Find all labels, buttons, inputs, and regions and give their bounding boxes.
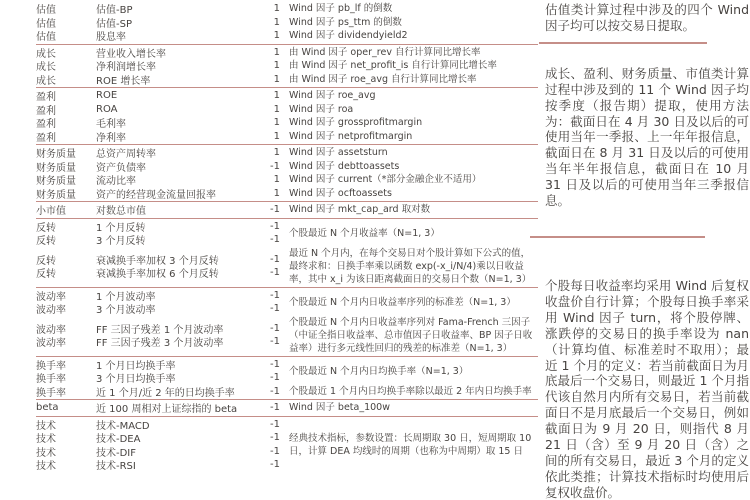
table-block: 财务质量流动比率1Wind 因子 current（*部分金融企业不适用） [36, 173, 538, 187]
table-block: 换手率近 1 个月/近 2 年的日均换手率-1个股最近 1 个月内日均换手率除以… [36, 385, 538, 399]
factor-name-cell: 技术-RSI [96, 457, 258, 472]
description-cell: Wind 因子 grossprofitmargin [280, 116, 538, 129]
table-block: 财务质量资产的经营现金流量回报率1Wind 因子 ocftoassets [36, 187, 538, 201]
description-cell: 个股最近 N 个月收益率（N=1, 3） [280, 227, 538, 240]
table-block-rows: beta近 100 周相对上证综指的 beta-1 [36, 401, 280, 415]
table-row: 波动率FF 三因子残差 3 个月波动率-1 [36, 335, 280, 349]
table-group: 估值估值-BP1Wind 因子 pb_lf 的倒数估值估值-SP1Wind 因子… [36, 1, 538, 45]
table-block-rows: 财务质量总资产周转率1 [36, 146, 280, 160]
description-cell: Wind 因子 netprofitmargin [280, 130, 538, 143]
table-row: 财务质量资产的经营现金流量回报率1 [36, 187, 280, 201]
table-block: 盈利净利率1Wind 因子 netprofitmargin [36, 130, 538, 144]
description-cell: Wind 因子 beta_100w [280, 401, 538, 414]
table-row: 反转衰减换手率加权 3 个月反转-1 [36, 253, 280, 267]
factor-name-cell: 3 个月反转 [96, 232, 258, 247]
factor-name-cell: 近 1 个月/近 2 年的日均换手率 [96, 384, 258, 399]
table-group: 反转1 个月反转-1反转3 个月反转-1个股最近 N 个月收益率（N=1, 3）… [36, 219, 538, 288]
table-block-rows: 换手率近 1 个月/近 2 年的日均换手率-1 [36, 385, 280, 399]
table-row: 盈利毛利率1 [36, 116, 280, 130]
note-block: 个股每日收益率均采用 Wind 后复权收盘价自行计算；个股每日换手率采用 Win… [545, 278, 749, 500]
direction-cell: -1 [258, 386, 280, 397]
direction-cell: -1 [258, 446, 280, 457]
table-block: 估值估值-SP1Wind 因子 ps_ttm 的倒数 [36, 16, 538, 30]
category-cell: 波动率 [36, 301, 96, 316]
table-row: 盈利净利率1 [36, 130, 280, 144]
direction-cell: 1 [258, 60, 280, 71]
table-row: 波动率FF 三因子残差 1 个月波动率-1 [36, 322, 280, 336]
table-block-rows: 财务质量资产负债率-1 [36, 160, 280, 174]
description-cell: Wind 因子 roa [280, 103, 538, 116]
table-row: 财务质量资产负债率-1 [36, 160, 280, 174]
table-row: 盈利ROA1 [36, 103, 280, 117]
table-row: 波动率1 个月波动率-1 [36, 289, 280, 303]
notes-column: 估值类计算过程中涉及的四个 Wind 因子均可以按交易日提取。成长、盈利、财务质… [545, 0, 749, 500]
table-group: 成长营业收入增长率1由 Wind 因子 oper_rev 自行计算同比增长率成长… [36, 45, 538, 89]
table-block: 财务质量资产负债率-1Wind 因子 debttoassets [36, 160, 538, 174]
table-block-rows: 反转1 个月反转-1反转3 个月反转-1 [36, 220, 280, 247]
table-block-rows: 小市值对数总市值-1 [36, 203, 280, 217]
category-cell: 估值 [36, 28, 96, 43]
category-cell: 成长 [36, 72, 96, 87]
table-block: 换手率1 个月日均换手率-1换手率3 个月日均换手率-1个股最近 N 个月内日均… [36, 358, 538, 385]
description-cell: 由 Wind 因子 roe_avg 自行计算同比增长率 [280, 73, 538, 86]
table-row: 技术技术-RSI-1 [36, 458, 280, 472]
table-block-rows: 换手率1 个月日均换手率-1换手率3 个月日均换手率-1 [36, 358, 280, 385]
table-block: 波动率1 个月波动率-1波动率3 个月波动率-1个股最近 N 个月内日收益率序列… [36, 289, 538, 316]
factor-table-page: 估值估值-BP1Wind 因子 pb_lf 的倒数估值估值-SP1Wind 因子… [0, 0, 750, 500]
direction-cell: 1 [258, 3, 280, 14]
direction-cell: 1 [258, 174, 280, 185]
factor-name-cell: FF 三因子残差 3 个月波动率 [96, 334, 258, 349]
table-group: 技术技术-MACD-1技术技术-DEA-1技术技术-DIF-1技术技术-RSI-… [36, 417, 538, 473]
description-cell: Wind 因子 ocftoassets [280, 187, 538, 200]
category-cell: 小市值 [36, 202, 96, 217]
category-cell: 反转 [36, 265, 96, 280]
direction-cell: 1 [258, 74, 280, 85]
direction-cell: 1 [258, 30, 280, 41]
direction-cell: -1 [258, 290, 280, 301]
description-cell: Wind 因子 assetsturn [280, 146, 538, 159]
table-block: 盈利毛利率1Wind 因子 grossprofitmargin [36, 116, 538, 130]
table-block-rows: 成长营业收入增长率1 [36, 46, 280, 60]
description-cell: 个股最近 1 个月内日均换手率除以最近 2 年内日均换手率 [280, 385, 538, 398]
table-row: 反转衰减换手率加权 6 个月反转-1 [36, 266, 280, 280]
direction-cell: -1 [258, 161, 280, 172]
direction-cell: 1 [258, 147, 280, 158]
table-row: 换手率近 1 个月/近 2 年的日均换手率-1 [36, 385, 280, 399]
description-cell: Wind 因子 current（*部分金融企业不适用） [280, 173, 538, 186]
direction-cell: -1 [258, 267, 280, 278]
table-block: 小市值对数总市值-1Wind 因子 mkt_cap_ard 取对数 [36, 203, 538, 217]
table-row: beta近 100 周相对上证综指的 beta-1 [36, 401, 280, 415]
description-cell: Wind 因子 dividendyield2 [280, 29, 538, 42]
direction-cell: -1 [258, 336, 280, 347]
table-block-rows: 盈利净利率1 [36, 130, 280, 144]
table-group: 波动率1 个月波动率-1波动率3 个月波动率-1个股最近 N 个月内日收益率序列… [36, 288, 538, 357]
table-group: 盈利ROE1Wind 因子 roe_avg盈利ROA1Wind 因子 roa盈利… [36, 88, 538, 145]
table-block: 成长营业收入增长率1由 Wind 因子 oper_rev 自行计算同比增长率 [36, 46, 538, 60]
table-row: 波动率3 个月波动率-1 [36, 302, 280, 316]
description-cell: 个股最近 N 个月内日收益率序列的标准差（N=1, 3） [280, 296, 538, 309]
table-block: 盈利ROA1Wind 因子 roa [36, 103, 538, 117]
factor-name-cell: ROA [96, 104, 258, 115]
direction-cell: -1 [258, 359, 280, 370]
note-divider [539, 42, 707, 44]
table-row: 技术技术-DEA-1 [36, 431, 280, 445]
table-block-rows: 反转衰减换手率加权 3 个月反转-1反转衰减换手率加权 6 个月反转-1 [36, 253, 280, 280]
description-cell: Wind 因子 ps_ttm 的倒数 [280, 16, 538, 29]
direction-cell: -1 [258, 323, 280, 334]
table-row: 反转1 个月反转-1 [36, 220, 280, 234]
note-block: 估值类计算过程中涉及的四个 Wind 因子均可以按交易日提取。 [545, 2, 749, 34]
table-row: 估值股息率1 [36, 29, 280, 43]
table-block: 估值股息率1Wind 因子 dividendyield2 [36, 29, 538, 43]
factor-name-cell: ROE [96, 90, 258, 101]
description-cell: 最近 N 个月内，在每个交易日对个股计算如下公式的值，最终求和：日换手率乘以函数… [280, 247, 538, 286]
table-block: 技术技术-MACD-1技术技术-DEA-1技术技术-DIF-1技术技术-RSI-… [36, 418, 538, 472]
table-row: 技术技术-MACD-1 [36, 418, 280, 432]
factor-name-cell: 3 个月波动率 [96, 301, 258, 316]
note-block: 成长、盈利、财务质量、市值类计算过程中涉及到的 11 个 Wind 因子均按季度… [545, 66, 749, 209]
factor-name-cell: 净利率 [96, 129, 258, 144]
factor-name-cell: 股息率 [96, 28, 258, 43]
factor-name-cell: 近 100 周相对上证综指的 beta [96, 400, 258, 415]
direction-cell: -1 [258, 303, 280, 314]
direction-cell: 1 [258, 188, 280, 199]
table-block: 成长净利润增长率1由 Wind 因子 net_profit_is 自行计算同比增… [36, 59, 538, 73]
category-cell: 反转 [36, 232, 96, 247]
table-block-rows: 估值股息率1 [36, 29, 280, 43]
table-row: 成长营业收入增长率1 [36, 46, 280, 60]
description-cell: Wind 因子 roe_avg [280, 89, 538, 102]
table-block-rows: 财务质量资产的经营现金流量回报率1 [36, 187, 280, 201]
description-cell: 由 Wind 因子 oper_rev 自行计算同比增长率 [280, 46, 538, 59]
table-group: 财务质量总资产周转率1Wind 因子 assetsturn财务质量资产负债率-1… [36, 145, 538, 202]
table-block: 财务质量总资产周转率1Wind 因子 assetsturn [36, 146, 538, 160]
table-block-rows: 盈利ROA1 [36, 103, 280, 117]
direction-cell: 1 [258, 47, 280, 58]
direction-cell: 1 [258, 117, 280, 128]
direction-cell: -1 [258, 254, 280, 265]
table-group: 换手率1 个月日均换手率-1换手率3 个月日均换手率-1个股最近 N 个月内日均… [36, 357, 538, 401]
factor-table: 估值估值-BP1Wind 因子 pb_lf 的倒数估值估值-SP1Wind 因子… [36, 1, 538, 473]
table-block: 波动率FF 三因子残差 1 个月波动率-1波动率FF 三因子残差 3 个月波动率… [36, 316, 538, 355]
table-row: 估值估值-SP1 [36, 16, 280, 30]
table-group: beta近 100 周相对上证综指的 beta-1Wind 因子 beta_10… [36, 400, 538, 417]
table-group: 小市值对数总市值-1Wind 因子 mkt_cap_ard 取对数 [36, 202, 538, 219]
table-block: 估值估值-BP1Wind 因子 pb_lf 的倒数 [36, 2, 538, 16]
category-cell: 财务质量 [36, 186, 96, 201]
description-cell: 个股最近 N 个月内日均换手率（N=1, 3） [280, 365, 538, 378]
table-row: 换手率3 个月日均换手率-1 [36, 371, 280, 385]
category-cell: beta [36, 402, 96, 413]
table-row: 成长净利润增长率1 [36, 59, 280, 73]
category-cell: 换手率 [36, 384, 96, 399]
category-cell: 技术 [36, 457, 96, 472]
description-cell: 经典技术指标，参数设置：长周期取 30 日，短周期取 10 日，计算 DEA 均… [280, 432, 538, 458]
table-row: 换手率1 个月日均换手率-1 [36, 358, 280, 372]
direction-cell: -1 [258, 432, 280, 443]
factor-name-cell: 资产的经营现金流量回报率 [96, 186, 258, 201]
direction-cell: 1 [258, 131, 280, 142]
note-divider [530, 236, 705, 238]
description-cell: Wind 因子 mkt_cap_ard 取对数 [280, 203, 538, 216]
direction-cell: -1 [258, 221, 280, 232]
direction-cell: 1 [258, 90, 280, 101]
table-block: 反转衰减换手率加权 3 个月反转-1反转衰减换手率加权 6 个月反转-1最近 N… [36, 247, 538, 286]
factor-name-cell: 对数总市值 [96, 202, 258, 217]
table-block-rows: 估值估值-BP1 [36, 2, 280, 16]
category-cell: 盈利 [36, 129, 96, 144]
factor-name-cell: 衰减换手率加权 6 个月反转 [96, 265, 258, 280]
table-block: 成长ROE 增长率1由 Wind 因子 roe_avg 自行计算同比增长率 [36, 73, 538, 87]
direction-cell: -1 [258, 459, 280, 470]
table-block-rows: 技术技术-MACD-1技术技术-DEA-1技术技术-DIF-1技术技术-RSI-… [36, 418, 280, 472]
table-row: 反转3 个月反转-1 [36, 233, 280, 247]
table-block-rows: 成长ROE 增长率1 [36, 73, 280, 87]
description-cell: 个股最近 N 个月内日收益率序列对 Fama-French 三因子（中证全指日收… [280, 316, 538, 355]
direction-cell: -1 [258, 204, 280, 215]
table-row: 小市值对数总市值-1 [36, 203, 280, 217]
direction-cell: -1 [258, 419, 280, 430]
direction-cell: 1 [258, 104, 280, 115]
direction-cell: -1 [258, 372, 280, 383]
table-row: 盈利ROE1 [36, 89, 280, 103]
description-cell: Wind 因子 pb_lf 的倒数 [280, 2, 538, 15]
table-block-rows: 财务质量流动比率1 [36, 173, 280, 187]
table-block-rows: 盈利毛利率1 [36, 116, 280, 130]
direction-cell: -1 [258, 402, 280, 413]
description-cell: 由 Wind 因子 net_profit_is 自行计算同比增长率 [280, 59, 538, 72]
table-block: 反转1 个月反转-1反转3 个月反转-1个股最近 N 个月收益率（N=1, 3） [36, 220, 538, 247]
table-block: 盈利ROE1Wind 因子 roe_avg [36, 89, 538, 103]
table-row: 财务质量流动比率1 [36, 173, 280, 187]
description-cell: Wind 因子 debttoassets [280, 160, 538, 173]
table-row: 技术技术-DIF-1 [36, 445, 280, 459]
table-block-rows: 估值估值-SP1 [36, 16, 280, 30]
direction-cell: 1 [258, 17, 280, 28]
table-row: 估值估值-BP1 [36, 2, 280, 16]
table-block-rows: 盈利ROE1 [36, 89, 280, 103]
direction-cell: -1 [258, 234, 280, 245]
table-block: beta近 100 周相对上证综指的 beta-1Wind 因子 beta_10… [36, 401, 538, 415]
table-row: 成长ROE 增长率1 [36, 73, 280, 87]
table-row: 财务质量总资产周转率1 [36, 146, 280, 160]
table-block-rows: 波动率1 个月波动率-1波动率3 个月波动率-1 [36, 289, 280, 316]
factor-name-cell: ROE 增长率 [96, 72, 258, 87]
table-block-rows: 成长净利润增长率1 [36, 59, 280, 73]
category-cell: 波动率 [36, 334, 96, 349]
table-block-rows: 波动率FF 三因子残差 1 个月波动率-1波动率FF 三因子残差 3 个月波动率… [36, 322, 280, 349]
